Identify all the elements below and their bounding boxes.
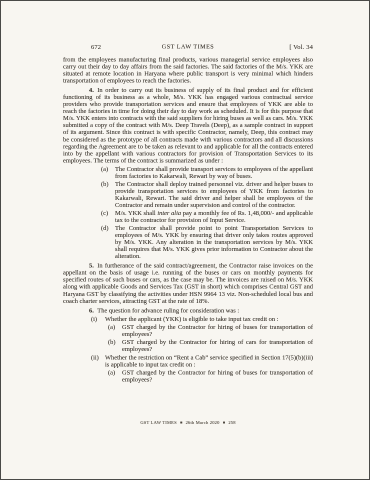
paragraph-number: 5. [89,262,97,269]
list-item-text: The Contractor shall provide transport s… [115,165,313,179]
scanned-journal-page: 672 GST LAW TIMES [ Vol. 34 from the emp… [0,0,370,480]
list-item-text: The Contractor shall provide point to po… [115,225,313,260]
question-subitem: (a) GST charged by the Contractor for hi… [108,323,313,337]
subitem-text: GST charged by the Contractor for hiring… [122,369,313,383]
footer-page-number: 258 [228,420,235,425]
question-text: Whether the applicant (YKK) is eligible … [105,315,313,322]
list-item: (d) The Contractor shall provide point t… [101,225,313,260]
footer-date: 26th March 2020 [186,420,220,425]
question-label: (i) [91,315,105,322]
header-volume: [ Vol. 34 [289,43,313,51]
paragraph-text: In furtherance of the said contract/agre… [63,262,313,304]
paragraph-4: 4.In order to carry out its business of … [63,87,313,164]
page-header: 672 GST LAW TIMES [ Vol. 34 [63,43,313,51]
question-item: (ii) Whether the restriction on “Rent a … [91,354,313,368]
page-footer: GST LAW TIMES▪26th March 2020▪258 [63,420,313,425]
question-subitem: (b) GST charged by the Contractor for hi… [108,338,313,352]
subitem-label: (a) [108,323,122,337]
paragraph-text: In order to carry out its business of su… [63,87,313,164]
list-item-label: (a) [101,165,115,179]
list-item-label: (d) [101,225,115,260]
question-label: (ii) [91,354,105,368]
list-item-label: (b) [101,180,115,208]
questions-list: (i) Whether the applicant (YKK) is eligi… [63,315,313,383]
header-journal-title: GST LAW TIMES [63,43,313,51]
paragraph-number: 6. [89,307,97,314]
question-item: (i) Whether the applicant (YKK) is eligi… [91,315,313,322]
page: 672 GST LAW TIMES [ Vol. 34 from the emp… [1,1,370,480]
list-item: (b) The Contractor shall deploy trained … [101,180,313,208]
list-item-text: The Contractor shall deploy trained pers… [115,180,313,208]
text-segment: M/s. YKK shall [115,209,157,216]
paragraph-5: 5.In furtherance of the said contract/ag… [63,262,313,304]
paragraph-number: 4. [89,87,97,94]
footer-separator-icon: ▪ [177,420,186,425]
subitem-label: (a) [108,369,122,383]
list-item: (c) M/s. YKK shall inter alia pay a mont… [101,209,313,223]
subitem-text: GST charged by the Contractor for hiring… [122,323,313,337]
latin-phrase: inter alia [157,209,181,216]
list-item-label: (c) [101,209,115,223]
contract-terms-list: (a) The Contractor shall provide transpo… [63,165,313,259]
question-subitem: (a) GST charged by the Contractor for hi… [108,369,313,383]
paragraph-6: 6.The question for advance ruling for co… [63,307,313,314]
subitem-label: (b) [108,338,122,352]
intro-paragraph: from the employees manufacturing final p… [63,56,313,84]
list-item-text: M/s. YKK shall inter alia pay a monthly … [115,209,313,223]
footer-journal: GST LAW TIMES [140,420,177,425]
paragraph-text: The question for advance ruling for cons… [97,307,239,314]
body-text-block: from the employees manufacturing final p… [63,56,313,383]
list-item: (a) The Contractor shall provide transpo… [101,165,313,179]
question-text: Whether the restriction on “Rent a Cab” … [105,354,313,368]
subitem-text: GST charged by the Contractor for hiring… [122,338,313,352]
footer-separator-icon: ▪ [220,420,229,425]
